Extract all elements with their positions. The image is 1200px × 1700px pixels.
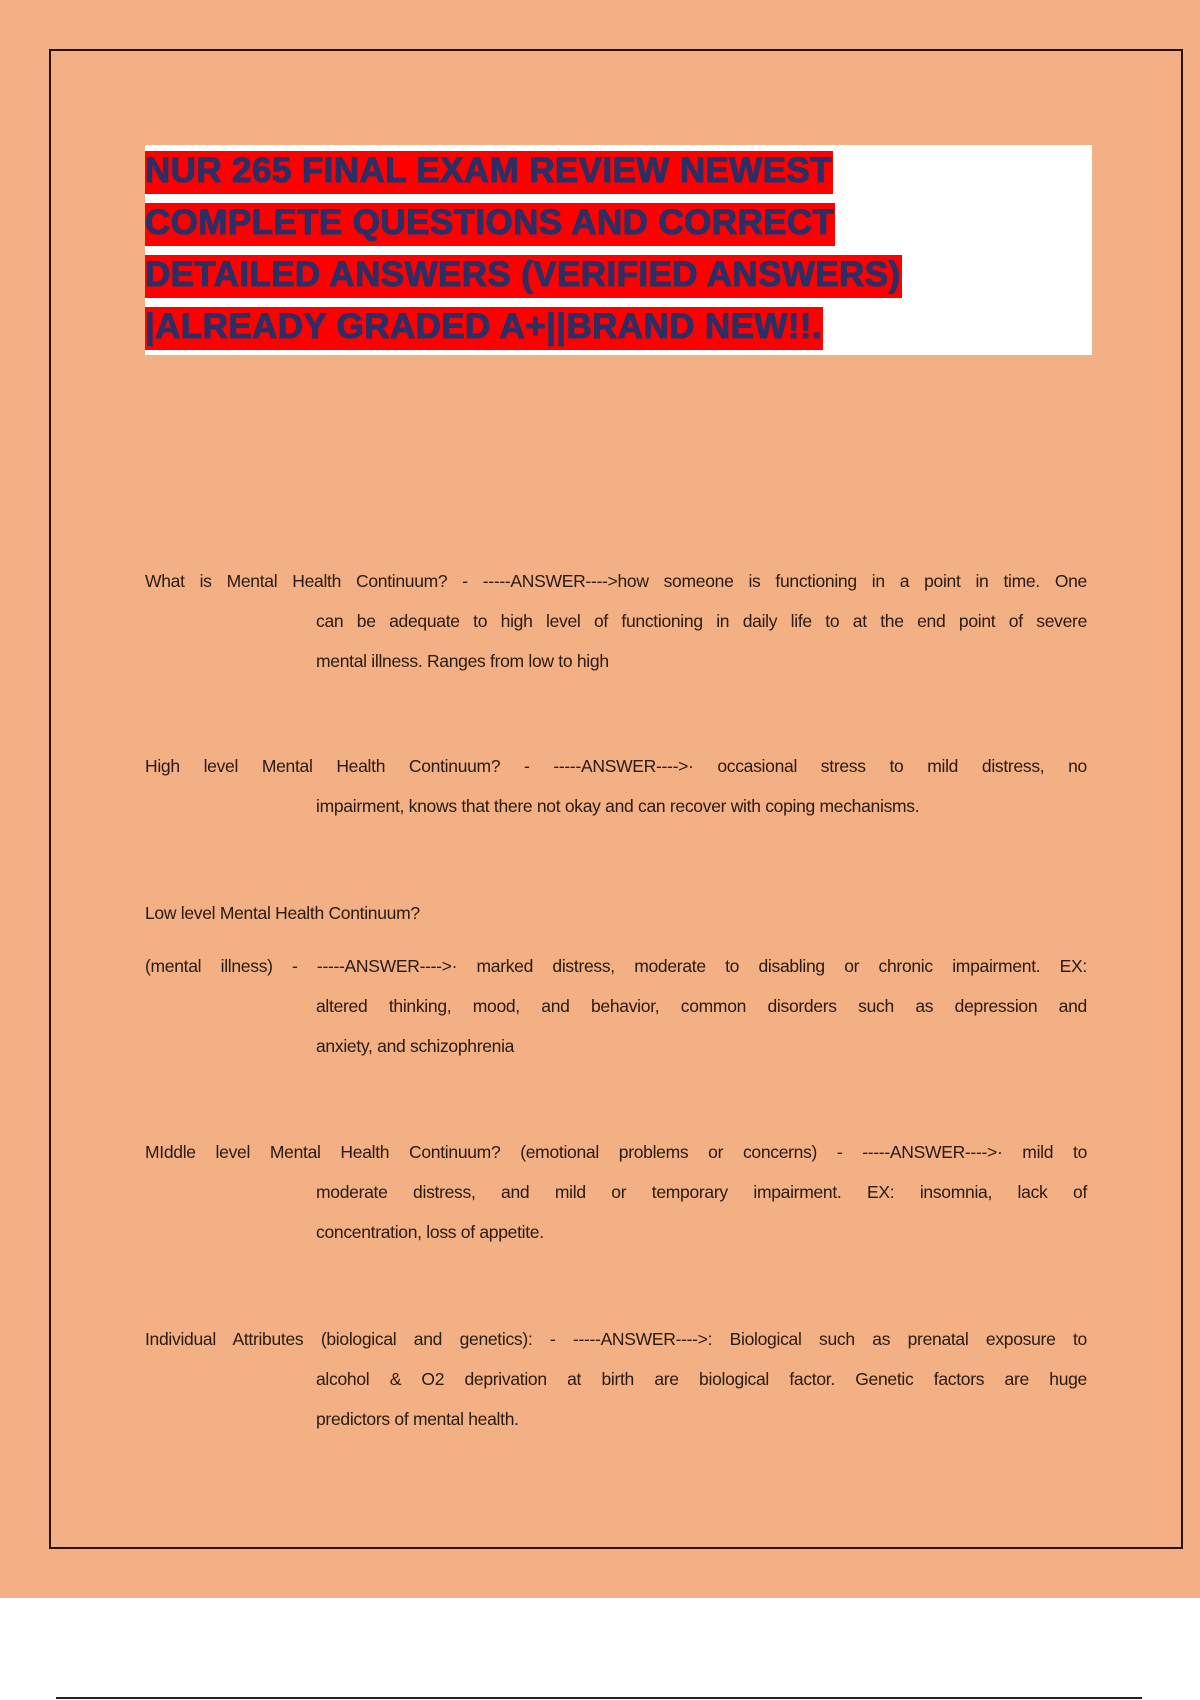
qa-entry-high-level: High level Mental Health Continuum? - --… bbox=[145, 746, 1087, 826]
document-title: NUR 265 FINAL EXAM REVIEW NEWEST COMPLET… bbox=[145, 145, 1092, 353]
title-line-1: NUR 265 FINAL EXAM REVIEW NEWEST bbox=[145, 151, 833, 194]
qa-entry-middle-level: MIddle level Mental Health Continuum? (e… bbox=[145, 1132, 1087, 1252]
qa-answer-line: anxiety, and schizophrenia bbox=[145, 1026, 1087, 1066]
qa-answer-line: can be adequate to high level of functio… bbox=[145, 601, 1087, 641]
qa-question-line: What is Mental Health Continuum? - -----… bbox=[145, 561, 1087, 601]
qa-answer-line: mental illness. Ranges from low to high bbox=[145, 641, 1087, 681]
qa-answer-line: altered thinking, mood, and behavior, co… bbox=[145, 986, 1087, 1026]
qa-heading-line: Low level Mental Health Continuum? bbox=[145, 893, 1087, 933]
qa-entry-mental-health-continuum: What is Mental Health Continuum? - -----… bbox=[145, 561, 1087, 681]
qa-answer-line: moderate distress, and mild or temporary… bbox=[145, 1172, 1087, 1212]
next-page-top-rule bbox=[56, 1697, 1142, 1699]
qa-entry-individual-attributes: Individual Attributes (biological and ge… bbox=[145, 1319, 1087, 1439]
qa-answer-line: predictors of mental health. bbox=[145, 1399, 1087, 1439]
qa-answer-line: alcohol & O2 deprivation at birth are bi… bbox=[145, 1359, 1087, 1399]
qa-entry-low-level: Low level Mental Health Continuum? (ment… bbox=[145, 893, 1087, 1066]
qa-answer-line: concentration, loss of appetite. bbox=[145, 1212, 1087, 1252]
qa-question-line: (mental illness) - -----ANSWER---->· mar… bbox=[145, 946, 1087, 986]
title-line-3: DETAILED ANSWERS (VERIFIED ANSWERS) bbox=[145, 255, 902, 298]
qa-question-line: MIddle level Mental Health Continuum? (e… bbox=[145, 1132, 1087, 1172]
qa-question-line: Individual Attributes (biological and ge… bbox=[145, 1319, 1087, 1359]
qa-answer-line: impairment, knows that there not okay an… bbox=[145, 786, 1087, 826]
qa-question-line: High level Mental Health Continuum? - --… bbox=[145, 746, 1087, 786]
title-line-4: |ALREADY GRADED A+||BRAND NEW!!. bbox=[145, 307, 823, 350]
title-line-2: COMPLETE QUESTIONS AND CORRECT bbox=[145, 203, 835, 246]
